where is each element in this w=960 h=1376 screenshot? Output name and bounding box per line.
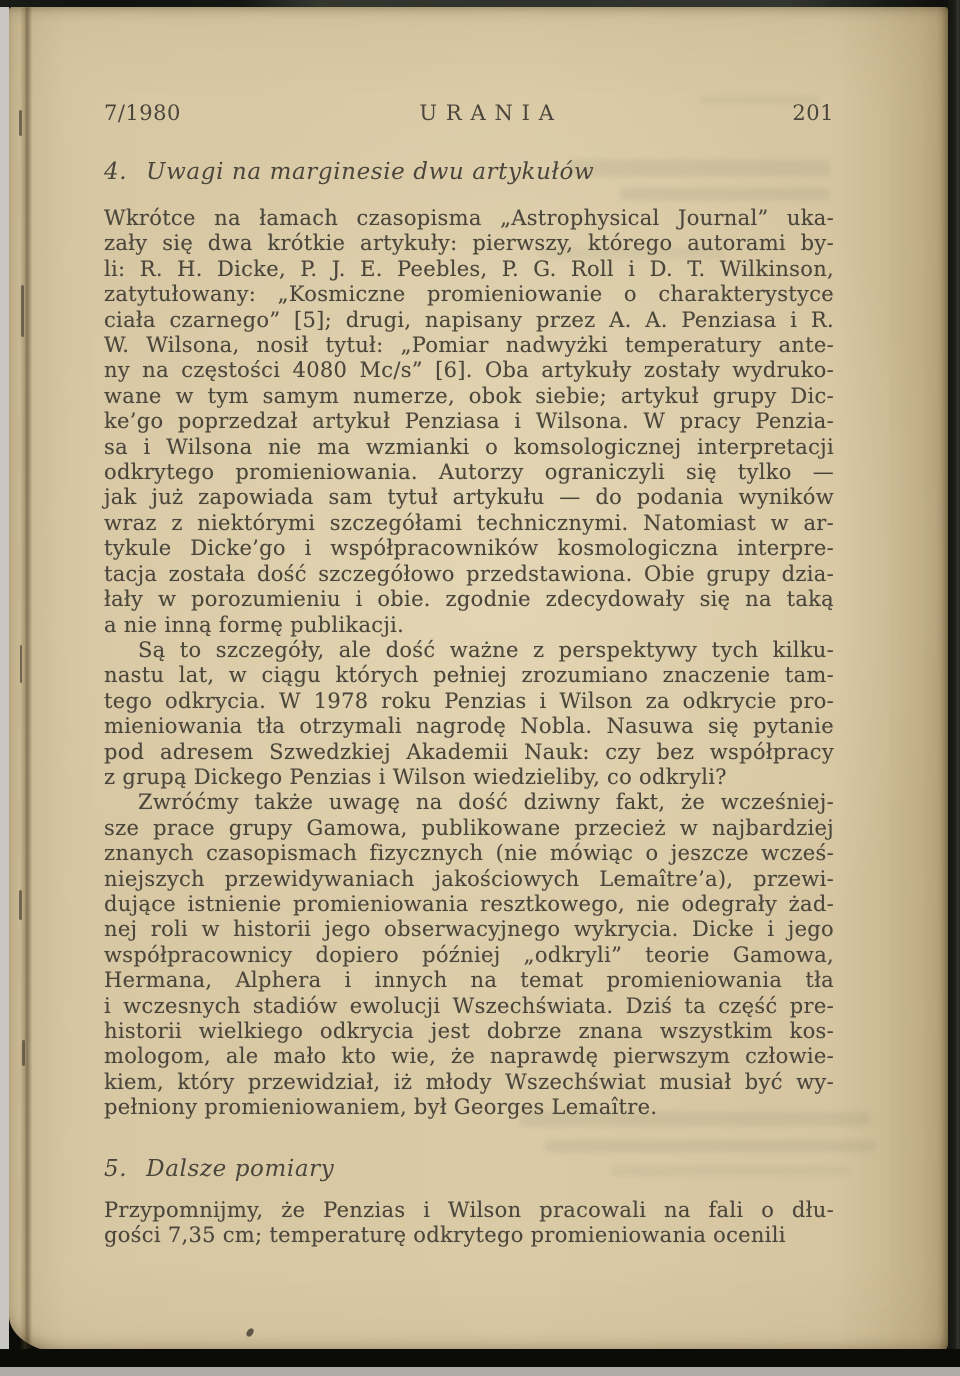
text-line: i wczesnych stadiów ewolucji Wszechświat… bbox=[104, 994, 834, 1019]
text-line: gości 7,35 cm; temperaturę odkrytego pro… bbox=[104, 1223, 834, 1248]
text-line: ciała czarnego” [5]; drugi, napisany prz… bbox=[104, 308, 834, 333]
scanner-edge-bottom bbox=[0, 1367, 960, 1376]
page-header: 7/1980 URANIA 201 bbox=[104, 101, 834, 127]
paragraph: Przypomnijmy, że Penzias i Wilson pracow… bbox=[104, 1198, 834, 1249]
section-heading: 5.Dalsze pomiary bbox=[104, 1154, 834, 1184]
crease-mark bbox=[19, 110, 22, 136]
text-line: wane w tym samym numerze, obok siebie; a… bbox=[104, 384, 834, 409]
text-line: ke’go poprzedzał artykuł Penziasa i Wils… bbox=[104, 409, 834, 434]
section-heading: 4.Uwagi na marginesie dwu artykułów bbox=[104, 157, 834, 187]
text-line: sa i Wilsona nie ma wzmianki o komsologi… bbox=[104, 435, 834, 460]
text-line: odkrytego promieniowania. Autorzy ograni… bbox=[104, 460, 834, 485]
text-line: Są to szczegóły, ale dość ważne z perspe… bbox=[104, 638, 834, 663]
page-number: 201 bbox=[792, 101, 834, 125]
scanner-edge-right bbox=[948, 0, 960, 1367]
text-line: współpracownicy dopiero później „odkryli… bbox=[104, 943, 834, 968]
text-line: tacja została dość szczegółowo przedstaw… bbox=[104, 562, 834, 587]
text-line: zatytułowany: „Kosmiczne promieniowanie … bbox=[104, 282, 834, 307]
text-line: kiem, który przewidział, iż młody Wszech… bbox=[104, 1070, 834, 1095]
text-line: Przypomnijmy, że Penzias i Wilson pracow… bbox=[104, 1198, 834, 1223]
section-title: Dalsze pomiary bbox=[146, 1154, 334, 1184]
text-line: łały w porozumieniu i obie. zgodnie zdec… bbox=[104, 587, 834, 612]
scanner-edge-top bbox=[0, 0, 960, 7]
text-line: nastu lat, w ciągu których pełniej zrozu… bbox=[104, 663, 834, 688]
section: 5.Dalsze pomiaryPrzypomnijmy, że Penzias… bbox=[104, 1154, 834, 1249]
text-line: zały się dwa krótkie artykuły: pierwszy,… bbox=[104, 231, 834, 256]
crease-mark bbox=[21, 285, 24, 337]
text-line: sze prace grupy Gamowa, publikowane prze… bbox=[104, 816, 834, 841]
sections: 4.Uwagi na marginesie dwu artykułówWkrót… bbox=[104, 157, 834, 1248]
text-line: wraz z niektórymi szczegółami techniczny… bbox=[104, 511, 834, 536]
text-line: dujące istnienie promieniowania resztkow… bbox=[104, 892, 834, 917]
paragraph: Zwróćmy także uwagę na dość dziwny fakt,… bbox=[104, 790, 834, 1120]
text-line: Wkrótce na łamach czasopisma „Astrophysi… bbox=[104, 206, 834, 231]
issue-number: 7/1980 bbox=[104, 101, 181, 125]
text-line: ny na częstości 4080 Mc/s” [6]. Oba arty… bbox=[104, 358, 834, 383]
text-line: W. Wilsona, nosił tytuł: „Pomiar nadwyżk… bbox=[104, 333, 834, 358]
crease-mark bbox=[19, 890, 22, 920]
journal-title: URANIA bbox=[411, 101, 563, 125]
paragraph: Są to szczegóły, ale dość ważne z perspe… bbox=[104, 638, 834, 790]
section-number: 5. bbox=[104, 1154, 127, 1184]
text-line: znanych czasopismach fizycznych (nie mów… bbox=[104, 841, 834, 866]
text-line: tykule Dicke’go i współpracowników kosmo… bbox=[104, 536, 834, 561]
text-line: nej roli w historii jego obserwacyjnego … bbox=[104, 917, 834, 942]
text-line: z grupą Dickego Penzias i Wilson wiedzie… bbox=[104, 765, 834, 790]
text-line: mieniowania tła otrzymali nagrodę Nobla.… bbox=[104, 714, 834, 739]
text-line: historii wielkiego odkrycia jest dobrze … bbox=[104, 1019, 834, 1044]
scanner-shadow-band bbox=[0, 1349, 960, 1367]
paragraph: Wkrótce na łamach czasopisma „Astrophysi… bbox=[104, 206, 834, 638]
text-column: 7/1980 URANIA 201 4.Uwagi na marginesie … bbox=[104, 7, 834, 1248]
text-line: tego odkrycia. W 1978 roku Penzias i Wil… bbox=[104, 689, 834, 714]
text-line: li: R. H. Dicke, P. J. E. Peebles, P. G.… bbox=[104, 257, 834, 282]
crease-mark bbox=[22, 1040, 25, 1066]
text-line: pełniony promieniowaniem, był Georges Le… bbox=[104, 1095, 834, 1120]
book-page: 7/1980 URANIA 201 4.Uwagi na marginesie … bbox=[9, 7, 948, 1354]
text-line: jak już zapowiada sam tytuł artykułu — d… bbox=[104, 485, 834, 510]
section-title: Uwagi na marginesie dwu artykułów bbox=[146, 157, 594, 187]
scanner-edge-left bbox=[0, 0, 9, 1367]
text-line: niejszych przewidywaniach jakościowych L… bbox=[104, 867, 834, 892]
section: 4.Uwagi na marginesie dwu artykułówWkrót… bbox=[104, 157, 834, 1121]
section-number: 4. bbox=[104, 157, 127, 187]
paper-speck bbox=[245, 1327, 255, 1338]
scanned-document: 7/1980 URANIA 201 4.Uwagi na marginesie … bbox=[0, 0, 960, 1376]
text-line: Hermana, Alphera i innych na temat promi… bbox=[104, 968, 834, 993]
crease-mark bbox=[20, 645, 22, 683]
text-line: pod adresem Szwedzkiej Akademii Nauk: cz… bbox=[104, 740, 834, 765]
text-line: Zwróćmy także uwagę na dość dziwny fakt,… bbox=[104, 790, 834, 815]
text-line: a nie inną formę publikacji. bbox=[104, 613, 834, 638]
text-line: mologom, ale mało kto wie, że naprawdę p… bbox=[104, 1044, 834, 1069]
